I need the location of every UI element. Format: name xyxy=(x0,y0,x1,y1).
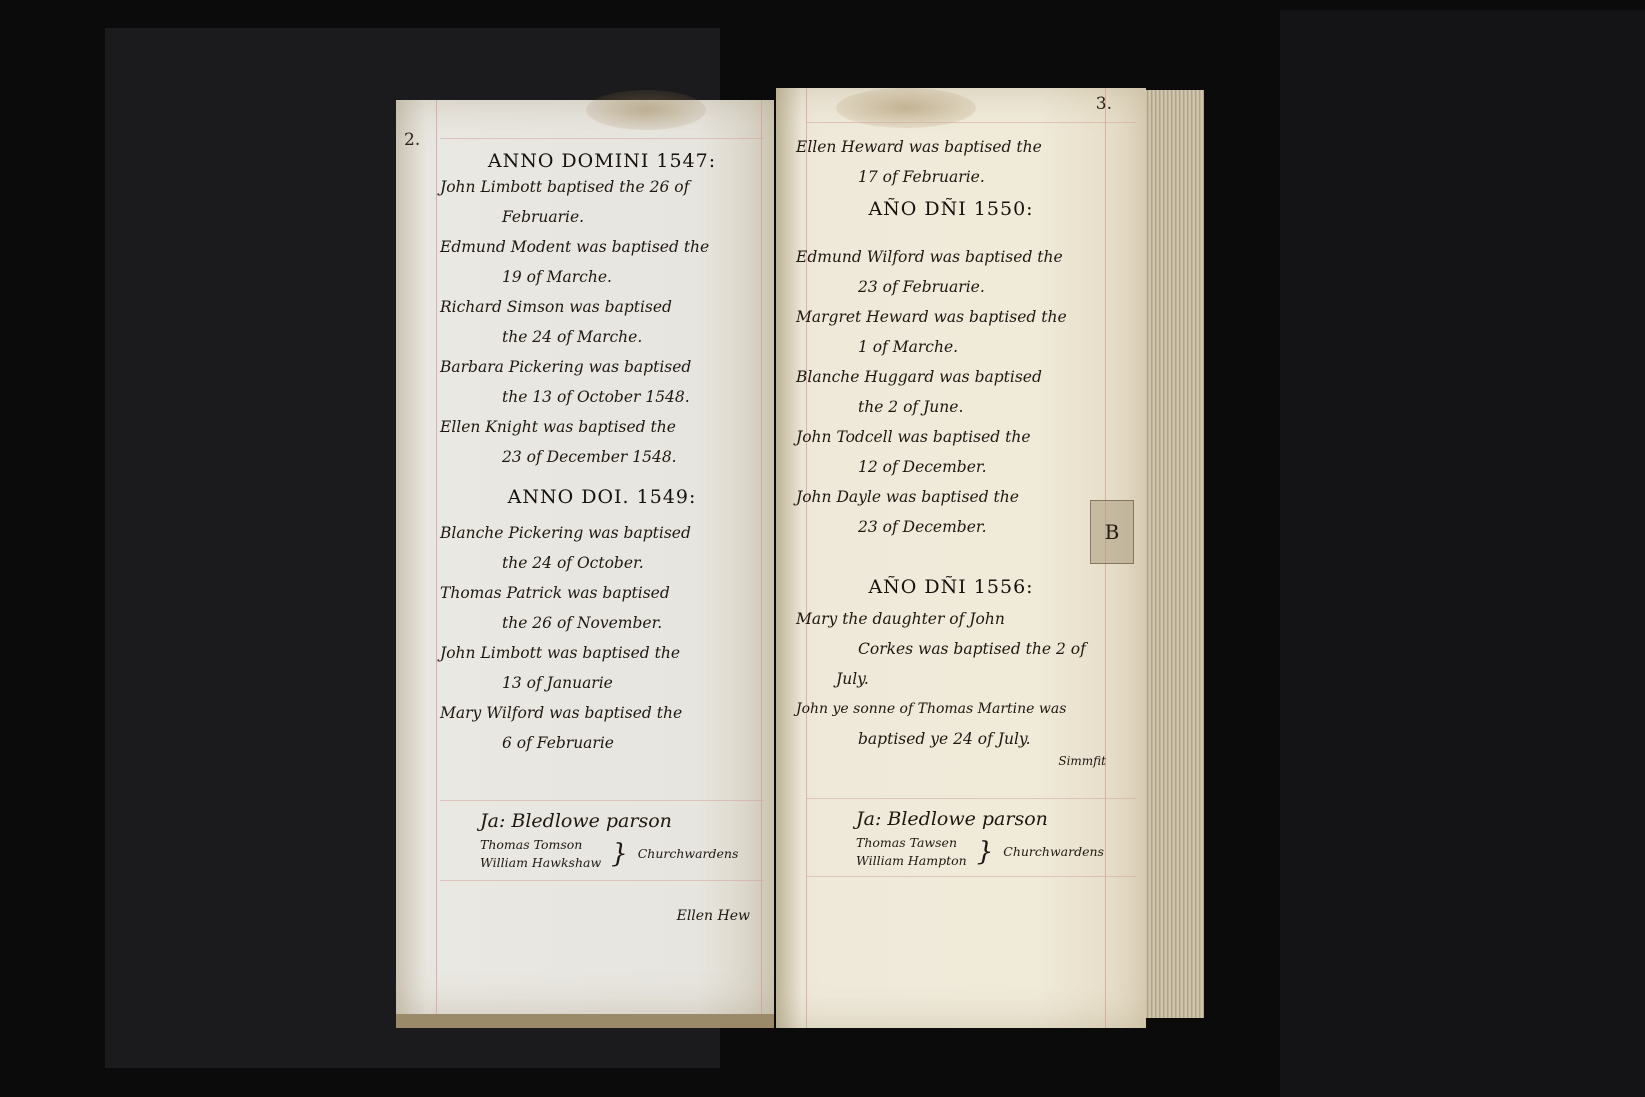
minister-signature: Ja: Bledlowe parson xyxy=(816,804,1106,834)
entry: Blanche Pickering was baptised the 24 of… xyxy=(440,518,764,578)
wardens-signature: Thomas Tawsen William Hampton } Churchwa… xyxy=(816,834,1106,870)
left-page-content: ANNO DOMINI 1547: John Limbott baptised … xyxy=(440,150,764,758)
entry: Ellen Heward was baptised the 17 of Febr… xyxy=(796,132,1106,192)
entry: Ellen Knight was baptised the 23 of Dece… xyxy=(440,412,764,472)
entry-line: John Limbott was baptised the xyxy=(440,638,764,668)
ruled-line xyxy=(806,798,1136,799)
entry-line: Edmund Modent was baptised the xyxy=(440,232,764,262)
wardens-role: Churchwardens xyxy=(1003,843,1104,861)
entry-line: the 2 of June. xyxy=(796,392,1106,422)
entry: John ye sonne of Thomas Martine was bapt… xyxy=(796,694,1106,768)
entry-line: Blanche Huggard was baptised xyxy=(796,362,1106,392)
entry: John Limbott baptised the 26 of Februari… xyxy=(440,172,764,232)
warden-name: William Hawkshaw xyxy=(480,854,601,872)
register-book: 2. ANNO DOMINI 1547: John Limbott baptis… xyxy=(390,88,1190,1028)
entry-line: Mary the daughter of John xyxy=(796,604,1106,634)
entry-line: 17 of Februarie. xyxy=(796,162,1106,192)
index-tab: B xyxy=(1090,500,1134,564)
entry-line: John Todcell was baptised the xyxy=(796,422,1106,452)
entry-line: Mary Wilford was baptised the xyxy=(440,698,764,728)
entry-line: Richard Simson was baptised xyxy=(440,292,764,322)
page-edges xyxy=(1136,90,1204,1018)
right-page-content: Ellen Heward was baptised the 17 of Febr… xyxy=(796,132,1106,768)
entry-line: John Limbott baptised the 26 of xyxy=(440,172,764,202)
ruled-line xyxy=(806,876,1136,877)
entry-line: Blanche Pickering was baptised xyxy=(440,518,764,548)
warden-name: Thomas Tomson xyxy=(480,836,601,854)
entry-line: 12 of December. xyxy=(796,452,1106,482)
entry-line: the 13 of October 1548. xyxy=(440,382,764,412)
water-stain xyxy=(586,90,706,130)
ruled-line xyxy=(806,122,1136,123)
entry-line: Ellen Heward was baptised the xyxy=(796,132,1106,162)
entry: John Dayle was baptised the 23 of Decemb… xyxy=(796,482,1106,542)
entry: John Todcell was baptised the 12 of Dece… xyxy=(796,422,1106,482)
entry-line: Simmfit xyxy=(796,754,1106,768)
entry-line: 1 of Marche. xyxy=(796,332,1106,362)
margin-rule xyxy=(436,100,437,1014)
entry: Mary Wilford was baptised the 6 of Febru… xyxy=(440,698,764,758)
page-number: 3. xyxy=(1096,94,1112,114)
entry-line: baptised ye 24 of July. xyxy=(796,724,1106,754)
warden-name: William Hampton xyxy=(856,852,967,870)
left-page: 2. ANNO DOMINI 1547: John Limbott baptis… xyxy=(396,100,774,1028)
ruled-line xyxy=(440,880,764,881)
entry-line: Corkes was baptised the 2 of xyxy=(796,634,1106,664)
entry-line: 23 of December 1548. xyxy=(440,442,764,472)
entry-line: John Dayle was baptised the xyxy=(796,482,1106,512)
wardens-signature: Thomas Tomson William Hawkshaw } Churchw… xyxy=(440,836,764,872)
brace-symbol: } xyxy=(977,837,994,867)
year-heading: ANNO DOI. 1549: xyxy=(440,486,764,508)
entry: Barbara Pickering was baptised the 13 of… xyxy=(440,352,764,412)
entry-line: 19 of Marche. xyxy=(440,262,764,292)
entry-line: Ellen Knight was baptised the xyxy=(440,412,764,442)
minister-signature: Ja: Bledlowe parson xyxy=(440,806,764,836)
entry-line: the 26 of November. xyxy=(440,608,764,638)
entry-line: Barbara Pickering was baptised xyxy=(440,352,764,382)
entry: Richard Simson was baptised the 24 of Ma… xyxy=(440,292,764,352)
entry: Edmund Wilford was baptised the 23 of Fe… xyxy=(796,242,1106,302)
entry-line: Thomas Patrick was baptised xyxy=(440,578,764,608)
footer-note: Ellen Hew xyxy=(440,908,764,924)
entry-line: the 24 of October. xyxy=(440,548,764,578)
entry: Edmund Modent was baptised the 19 of Mar… xyxy=(440,232,764,292)
wardens-role: Churchwardens xyxy=(638,845,739,863)
entry: Blanche Huggard was baptised the 2 of Ju… xyxy=(796,362,1106,422)
warden-name: Thomas Tawsen xyxy=(856,834,967,852)
page-number: 2. xyxy=(404,130,420,150)
entry-line: July. xyxy=(796,664,1106,694)
entry: Thomas Patrick was baptised the 26 of No… xyxy=(440,578,764,638)
right-signature-block: Ja: Bledlowe parson Thomas Tawsen Willia… xyxy=(816,804,1106,870)
entry: Mary the daughter of John Corkes was bap… xyxy=(796,604,1106,694)
entry-line: Edmund Wilford was baptised the xyxy=(796,242,1106,272)
ruled-line xyxy=(440,138,764,139)
entry-line: 23 of December. xyxy=(796,512,1106,542)
entry: Margret Heward was baptised the 1 of Mar… xyxy=(796,302,1106,362)
entry-line: 13 of Januarie xyxy=(440,668,764,698)
background-panel-right xyxy=(1280,10,1645,1097)
ruled-line xyxy=(440,800,764,801)
entry-line: 23 of Februarie. xyxy=(796,272,1106,302)
year-heading: AÑO DÑI 1550: xyxy=(796,198,1106,220)
year-heading: AÑO DÑI 1556: xyxy=(796,576,1106,598)
left-signature-block: Ja: Bledlowe parson Thomas Tomson Willia… xyxy=(440,806,764,872)
entry-line: the 24 of Marche. xyxy=(440,322,764,352)
entry-line: Februarie. xyxy=(440,202,764,232)
entry-line: John ye sonne of Thomas Martine was xyxy=(796,694,1106,724)
year-heading: ANNO DOMINI 1547: xyxy=(440,150,764,172)
entry: John Limbott was baptised the 13 of Janu… xyxy=(440,638,764,698)
brace-symbol: } xyxy=(611,839,628,869)
entry-line: Margret Heward was baptised the xyxy=(796,302,1106,332)
entry-line: 6 of Februarie xyxy=(440,728,764,758)
